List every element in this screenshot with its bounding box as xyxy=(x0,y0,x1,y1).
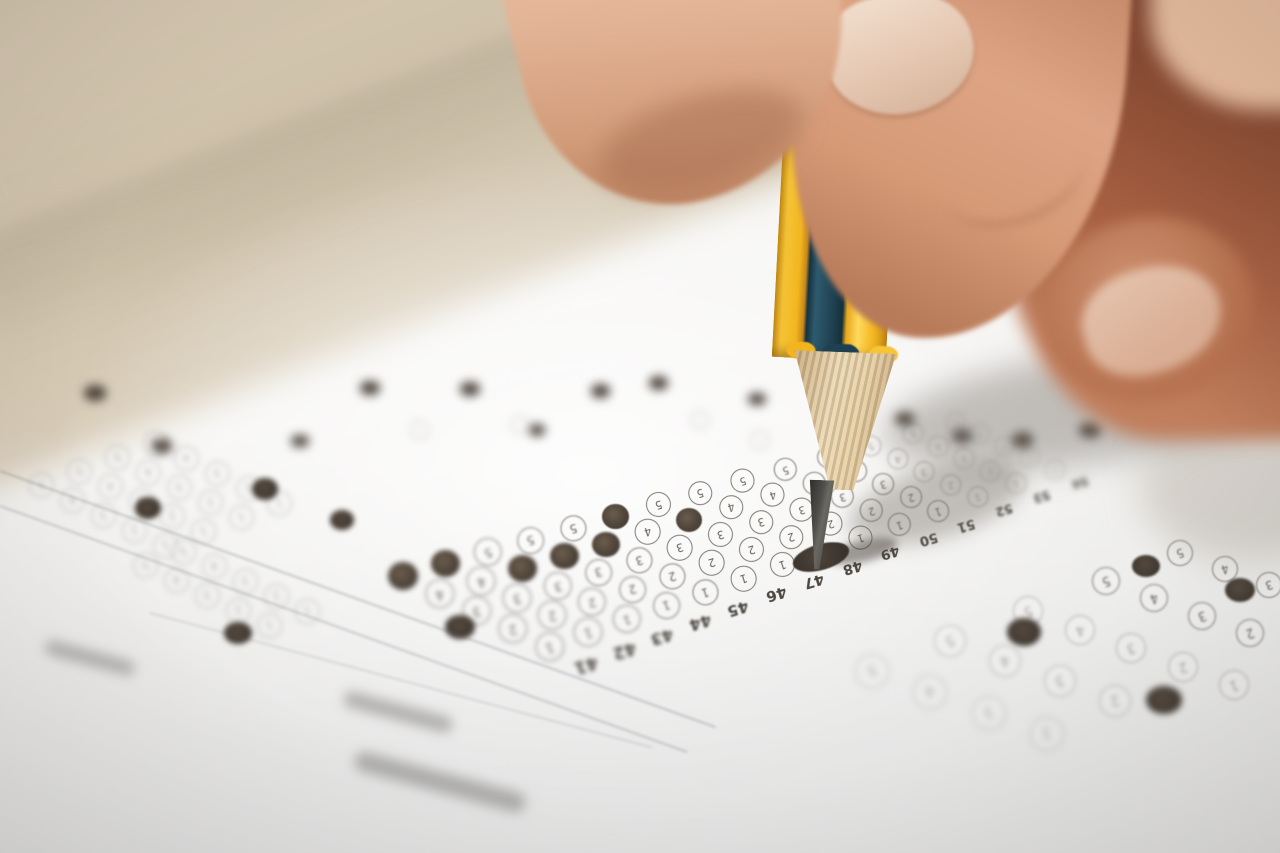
filled-bubble-right xyxy=(1225,578,1255,602)
answer-bubble: 3 xyxy=(746,507,776,537)
answer-bubble: 4 xyxy=(985,640,1026,681)
filled-bubble-mark xyxy=(602,504,629,529)
filled-bubble-right xyxy=(1007,618,1041,645)
answer-bubble: 5 xyxy=(685,478,715,508)
row-number-label: 54 xyxy=(1064,471,1095,494)
answer-bubble: 2 xyxy=(194,486,225,517)
answer-bubble: 3 xyxy=(201,457,232,488)
filled-bubble-far-blurred xyxy=(649,376,668,390)
blurred-printed-text xyxy=(44,639,136,676)
answer-bubble: 5 xyxy=(642,489,673,520)
row-number-label: 46 xyxy=(756,579,796,608)
answer-bubble: 4 xyxy=(1060,610,1098,648)
answer-bubble xyxy=(688,408,711,431)
answer-bubble: 2 xyxy=(222,594,253,625)
answer-bubble: 2 xyxy=(535,598,571,634)
answer-bubble: 4 xyxy=(94,470,125,501)
photo-scene: 4112344212344312354412354512354612344712… xyxy=(0,0,1280,853)
answer-bubble: 2 xyxy=(1164,648,1202,686)
answer-bubble: 3 xyxy=(664,531,696,563)
filled-bubble-far-blurred xyxy=(591,384,610,398)
blurred-printed-text xyxy=(342,690,454,734)
filled-bubble-far-blurred xyxy=(360,381,380,395)
filled-bubble-blurred xyxy=(330,510,354,530)
filled-bubble-far-blurred xyxy=(84,385,106,401)
answer-bubble: 4 xyxy=(132,456,163,487)
answer-bubble: 4 xyxy=(632,516,664,548)
answer-bubble: 3 xyxy=(499,580,535,616)
filled-bubble-far-blurred xyxy=(748,393,766,406)
answer-bubble: 4 xyxy=(716,492,746,522)
filled-bubble-far-blurred xyxy=(460,382,480,396)
row-number-label: 44 xyxy=(679,607,722,638)
answer-bubble: 1 xyxy=(225,501,256,532)
answer-bubble: 5 xyxy=(63,455,94,486)
filled-bubble-blurred xyxy=(252,478,278,499)
answer-bubble: 3 xyxy=(581,556,615,590)
filled-bubble-mark xyxy=(676,508,702,532)
answer-bubble: 5 xyxy=(514,523,548,557)
filled-bubble-blurred xyxy=(135,497,161,518)
answer-bubble: 5 xyxy=(1088,563,1124,599)
answer-bubble: 3 xyxy=(1184,598,1220,634)
filled-bubble-right xyxy=(1146,686,1182,715)
filled-bubble-right xyxy=(1132,555,1160,577)
answer-bubble: 3 xyxy=(1040,660,1081,701)
row-number-label: 43 xyxy=(640,620,684,651)
row-number-label: 42 xyxy=(602,634,647,666)
answer-bubble: 2 xyxy=(1233,615,1269,651)
answer-bubble: 4 xyxy=(909,670,953,714)
filled-bubble-far-blurred xyxy=(529,424,545,436)
row-number-label: 45 xyxy=(717,593,759,623)
filled-bubble-mark xyxy=(431,550,461,577)
answer-bubble: 2 xyxy=(776,522,806,552)
answer-bubble: 3 xyxy=(967,691,1011,735)
blurred-printed-text xyxy=(352,750,527,815)
answer-bubble: 4 xyxy=(170,442,201,473)
answer-bubble: 1 xyxy=(253,609,284,640)
answer-bubble: 4 xyxy=(463,563,499,599)
answer-bubble: 5 xyxy=(101,441,132,472)
answer-bubble: 2 xyxy=(1095,680,1136,721)
filled-bubble-far-blurred xyxy=(152,439,172,453)
answer-bubble: 4 xyxy=(758,480,787,509)
answer-bubble: 2 xyxy=(575,585,610,620)
answer-bubble: 4 xyxy=(1136,580,1172,616)
answer-bubble: 3 xyxy=(163,471,194,502)
row-number-label: 53 xyxy=(1026,484,1058,507)
filled-bubble-mark xyxy=(592,532,620,557)
answer-bubble: 3 xyxy=(1112,629,1150,667)
answer-bubble: 5 xyxy=(471,535,506,570)
answer-bubble: 5 xyxy=(850,649,894,693)
answer-bubble: 3 xyxy=(540,568,575,603)
answer-bubble: 2 xyxy=(615,572,649,606)
filled-bubble-far-blurred xyxy=(291,435,309,448)
filled-bubble-mark xyxy=(508,555,537,582)
answer-bubble: 4 xyxy=(421,575,458,612)
answer-bubble xyxy=(748,428,771,451)
filled-bubble-mark xyxy=(388,562,419,590)
filled-bubble-mark xyxy=(550,543,578,569)
answer-bubble: 3 xyxy=(623,544,656,577)
answer-bubble: 3 xyxy=(705,519,736,550)
answer-bubble: 3 xyxy=(1253,569,1280,602)
answer-bubble: 2 xyxy=(1026,712,1070,756)
answer-bubble: 5 xyxy=(557,512,590,545)
answer-bubble: 2 xyxy=(656,560,689,593)
answer-bubble: 5 xyxy=(771,455,799,483)
answer-bubble: 2 xyxy=(736,534,767,565)
answer-bubble: 1 xyxy=(1215,666,1253,704)
answer-bubble: 5 xyxy=(728,466,757,495)
answer-bubble: 2 xyxy=(495,610,532,647)
answer-bubble: 2 xyxy=(696,547,728,579)
answer-bubble xyxy=(508,413,531,436)
answer-bubble: 5 xyxy=(929,620,970,661)
answer-bubble xyxy=(408,418,431,441)
